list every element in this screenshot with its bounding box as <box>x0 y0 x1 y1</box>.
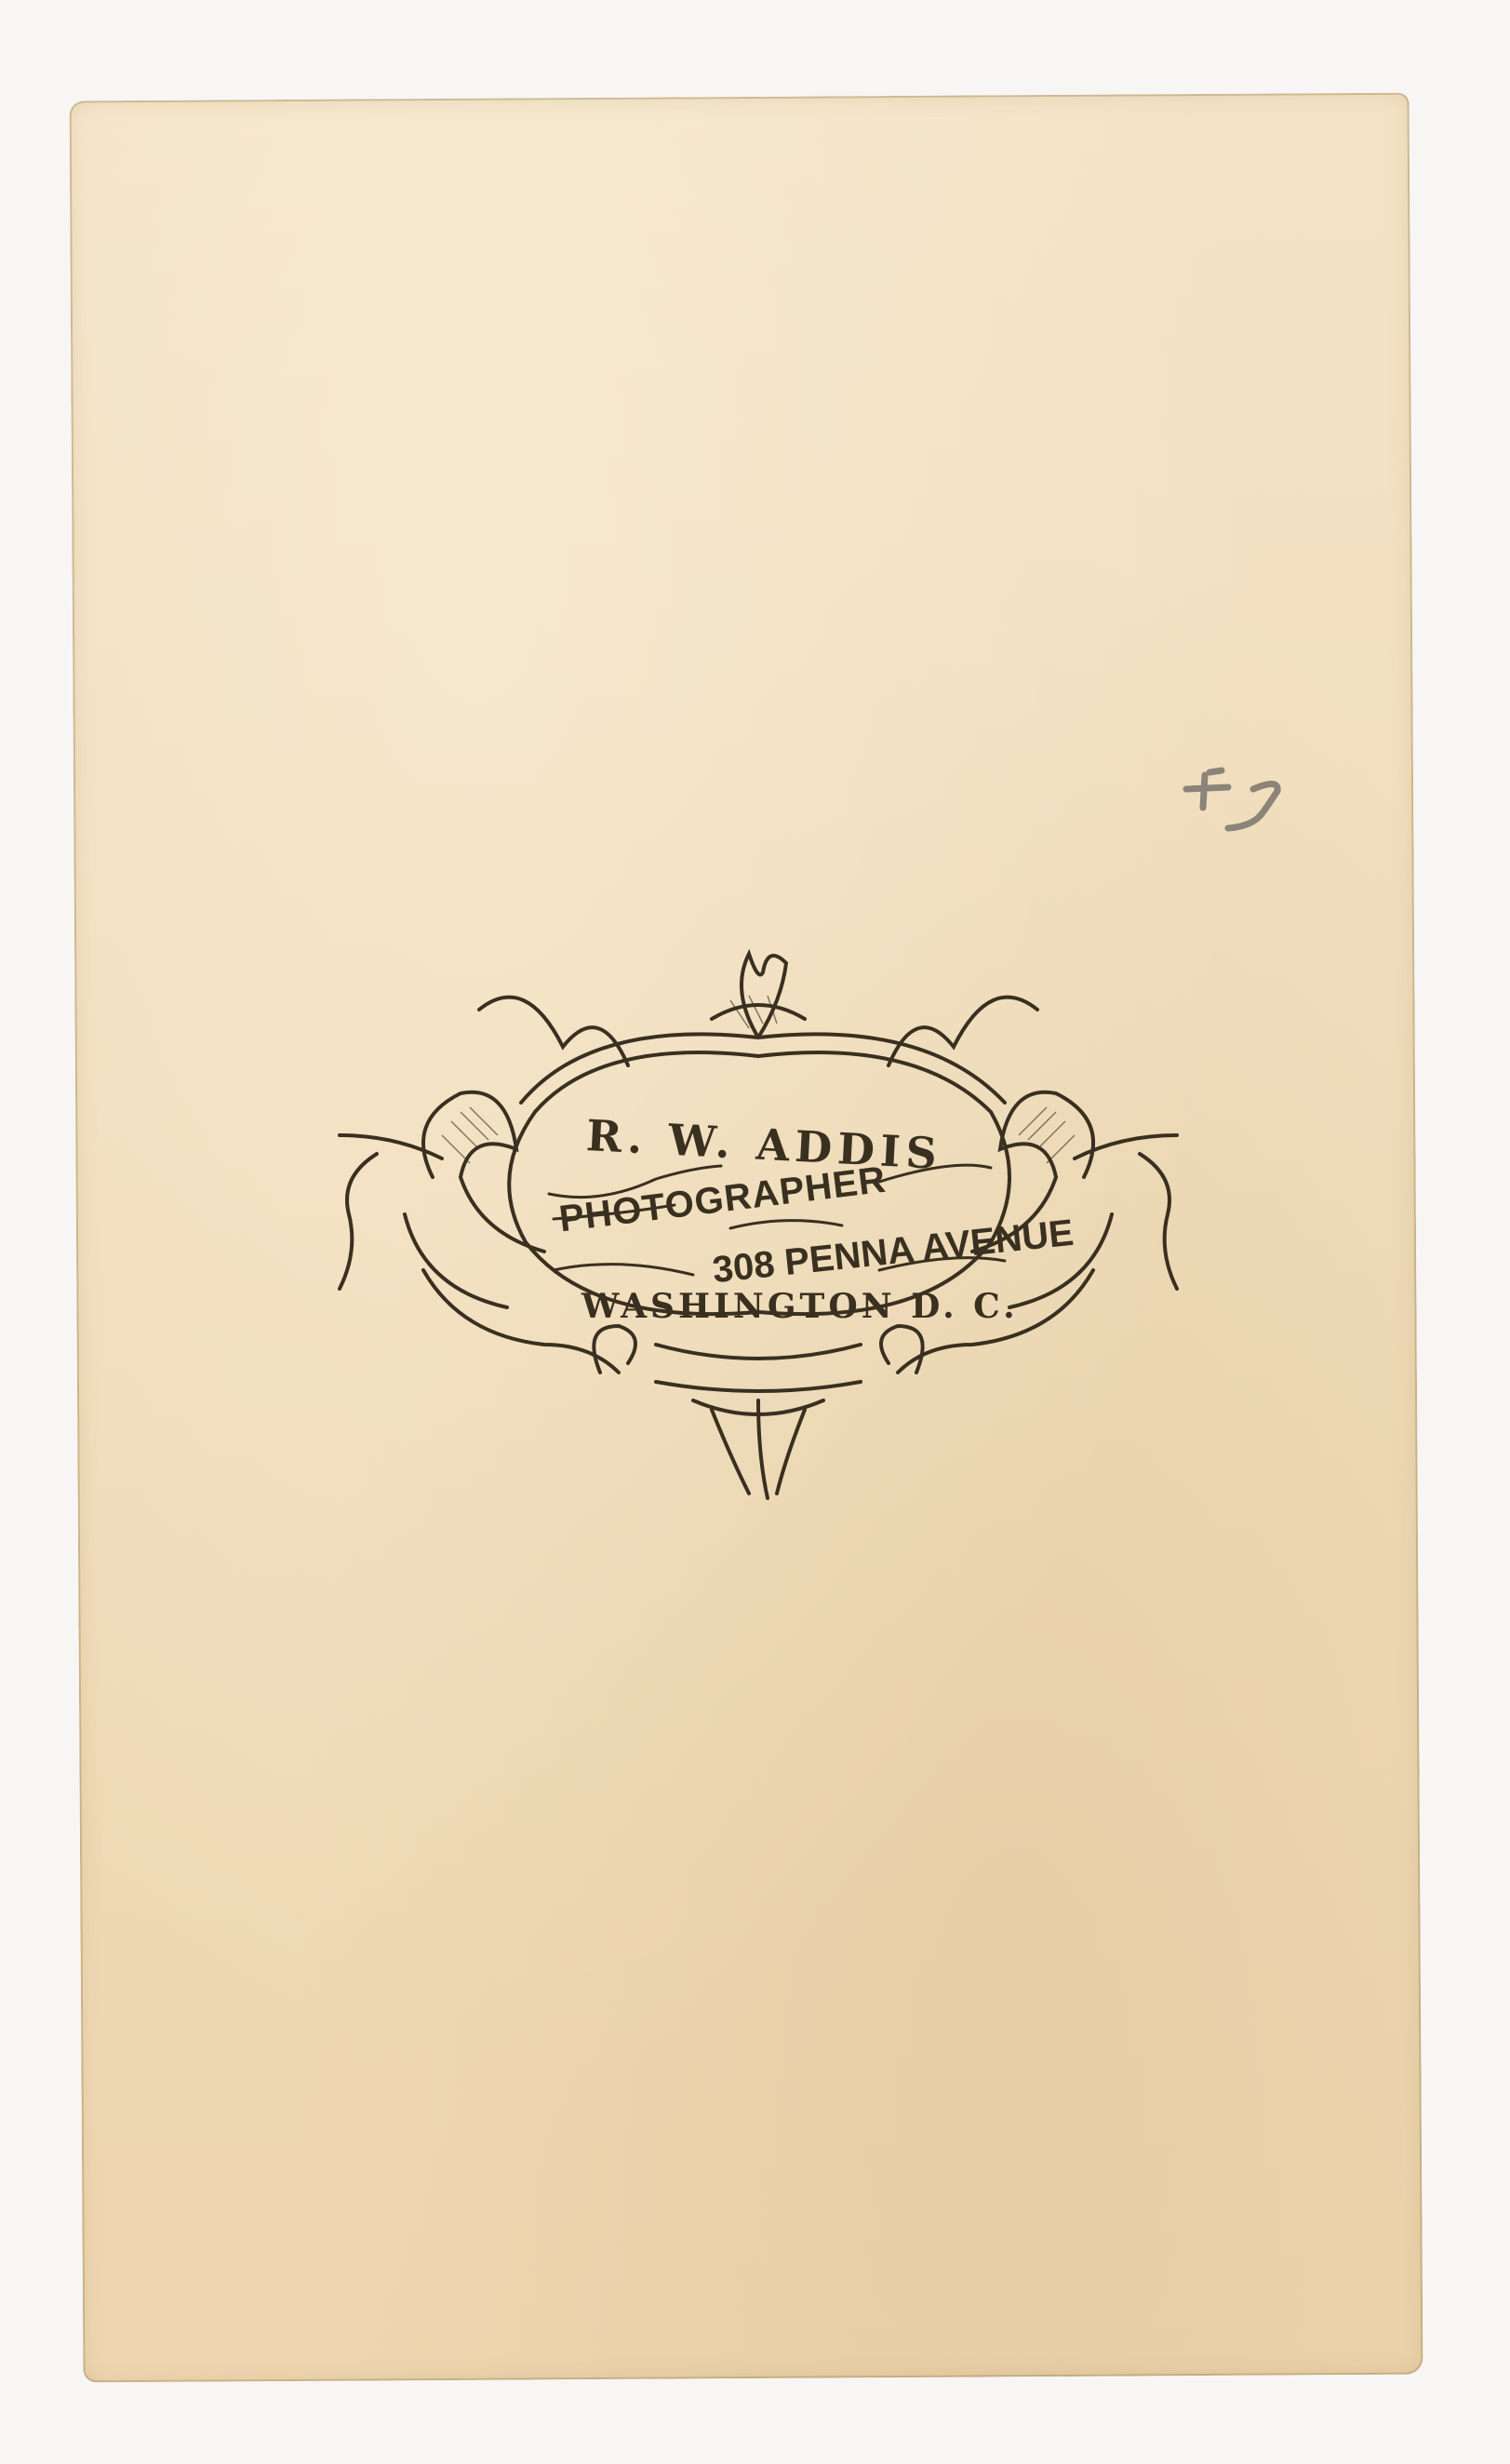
photographer-stamp: R. W. ADDIS PHOTOGRAPHER 308 PENNA AVENU… <box>321 935 1196 1503</box>
pencil-mark-plus-3 <box>1168 761 1298 836</box>
studio-city: WASHINGTON D. C. <box>581 1287 1019 1326</box>
